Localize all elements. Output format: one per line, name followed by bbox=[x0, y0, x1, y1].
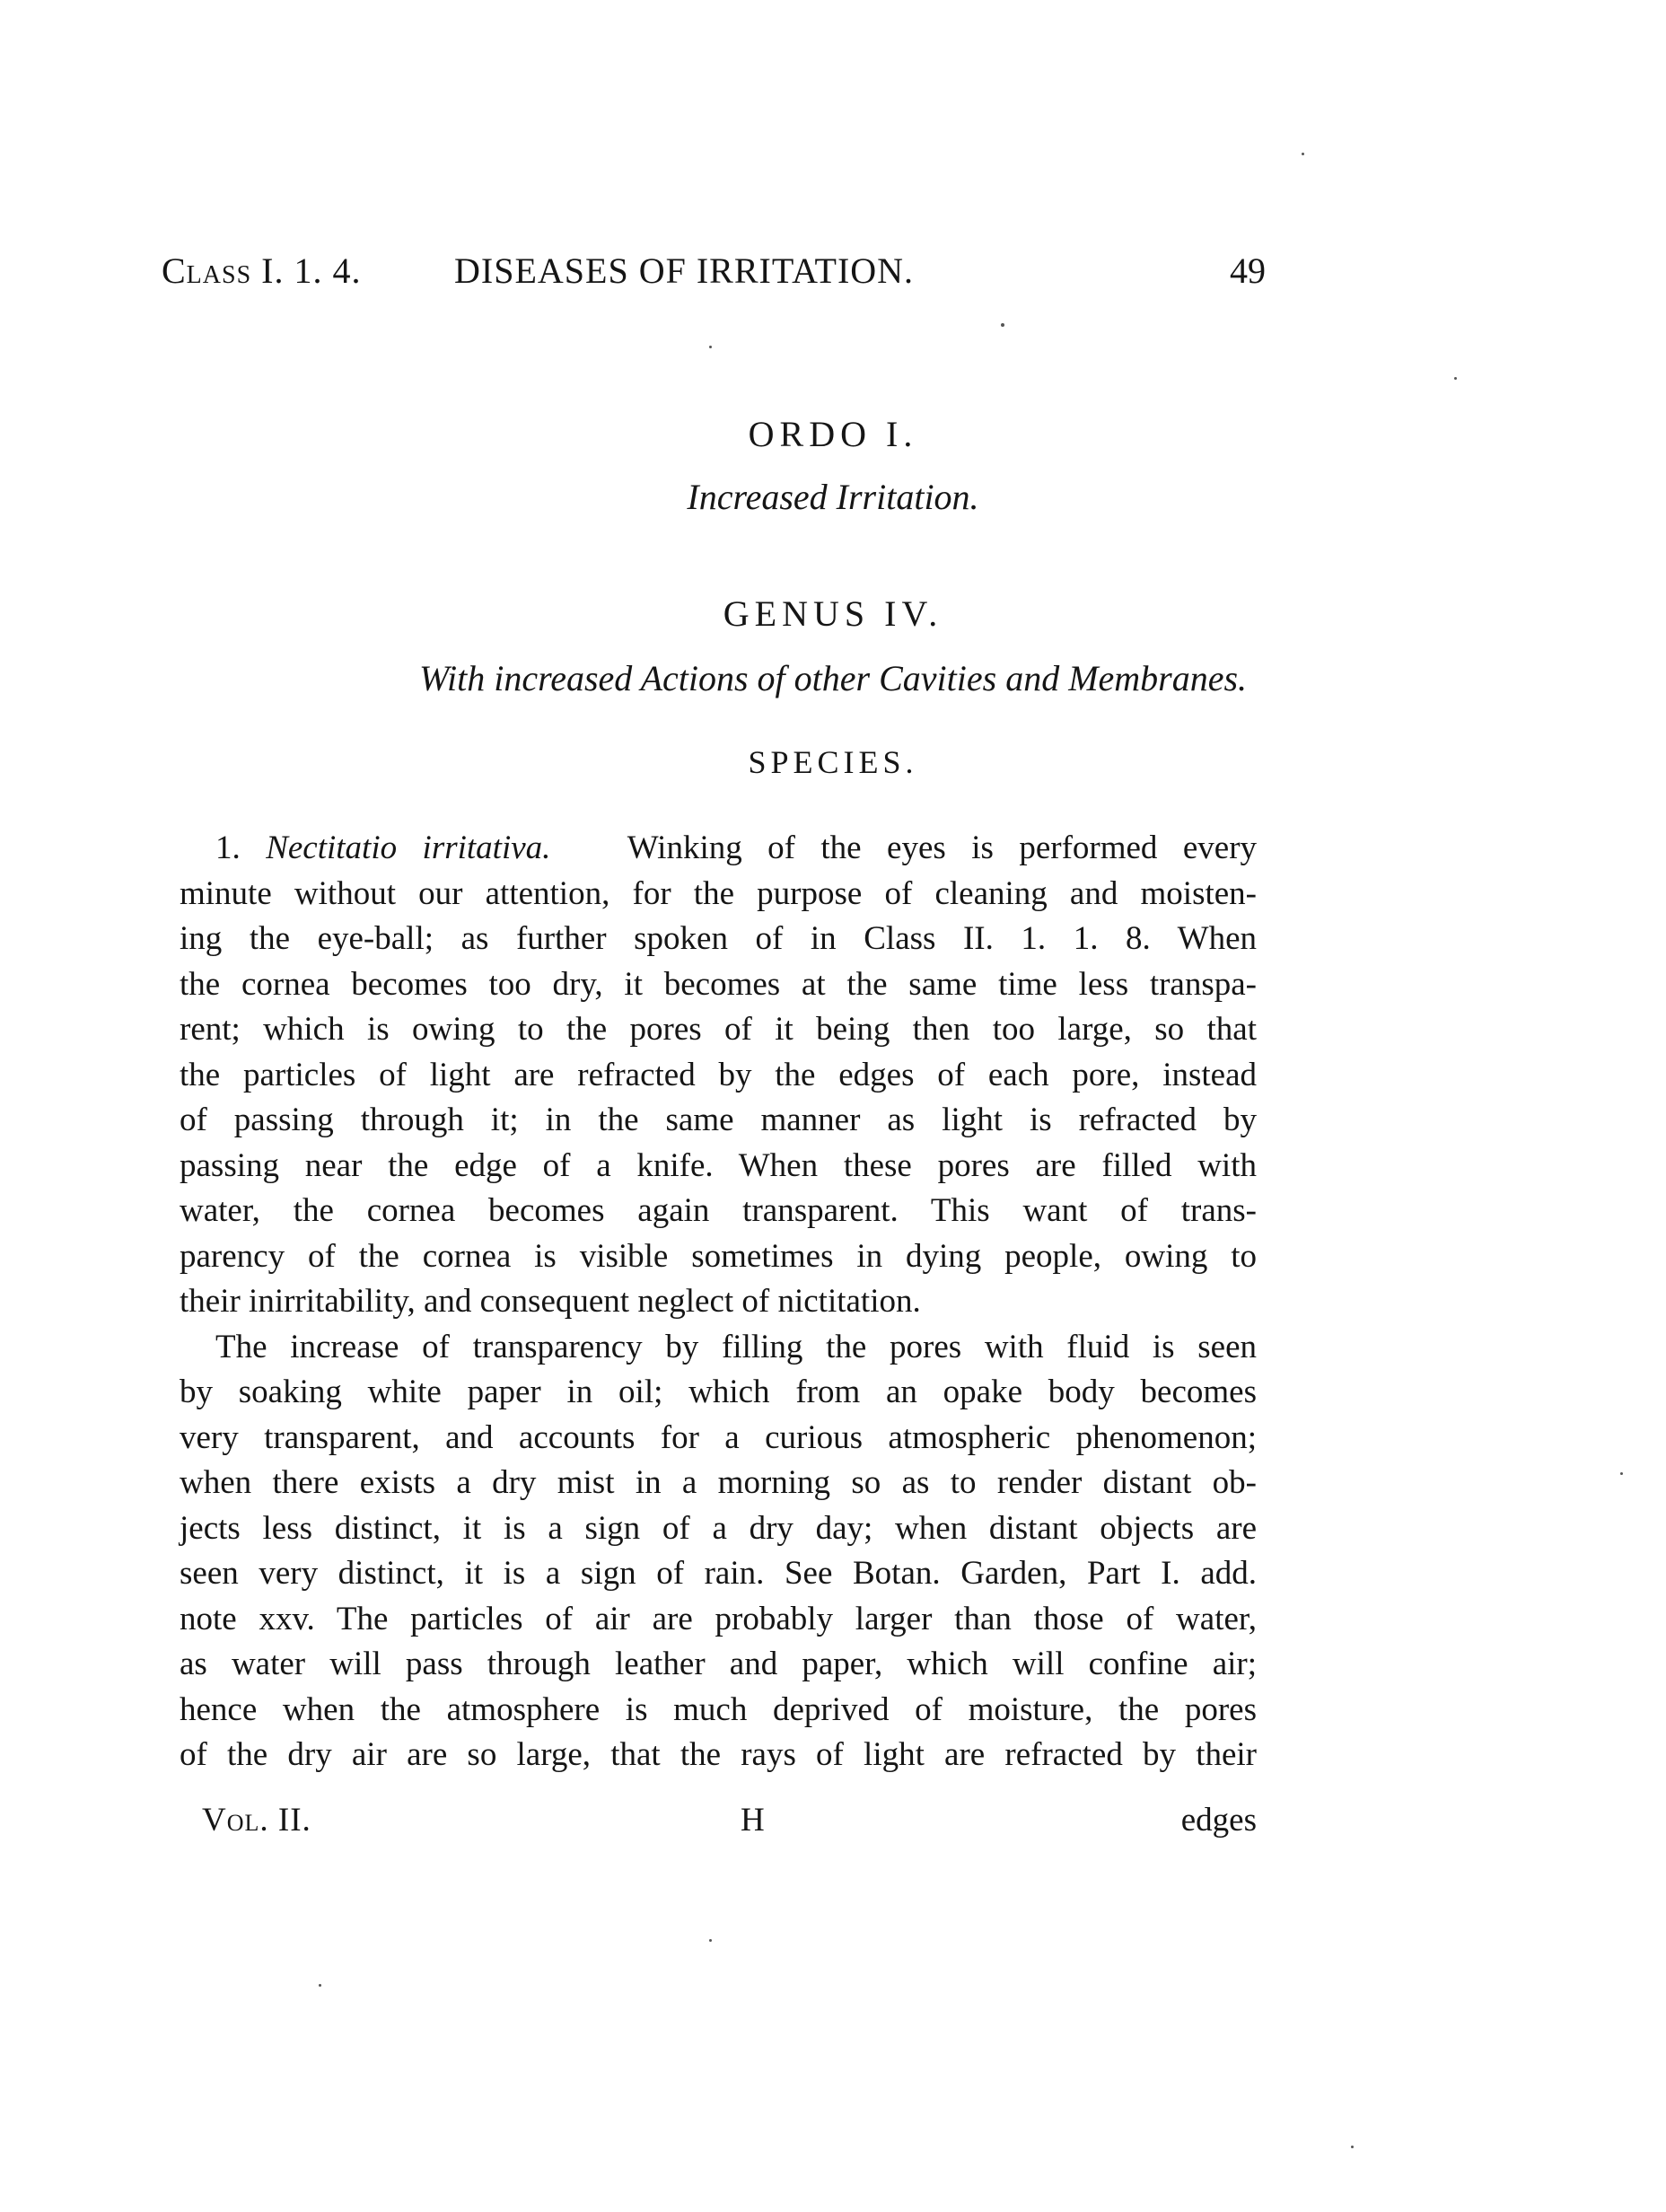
species-number: 1. bbox=[215, 829, 241, 866]
text-line: the cornea becomes too dry, it becomes a… bbox=[180, 962, 1257, 1008]
text-line: water, the cornea becomes again transpar… bbox=[180, 1189, 1257, 1234]
running-head-class-reference: Class I. 1. 4. bbox=[162, 244, 361, 298]
scan-speck bbox=[1454, 377, 1457, 380]
text-line: parency of the cornea is visible sometim… bbox=[180, 1234, 1257, 1280]
scan-speck bbox=[1001, 323, 1004, 327]
text-line: hence when the atmosphere is much depriv… bbox=[180, 1688, 1257, 1734]
paragraph-transparency: The increase of transparency by filling … bbox=[180, 1325, 1257, 1778]
text-line: minute without our attention, for the pu… bbox=[180, 872, 1257, 917]
scan-speck bbox=[709, 346, 712, 348]
genus-subtitle: With increased Actions of other Cavities… bbox=[0, 657, 1666, 699]
text-line: very transparent, and accounts for a cur… bbox=[180, 1416, 1257, 1461]
genus-heading: GENUS IV. bbox=[0, 592, 1666, 635]
text-line: rent; which is owing to the pores of it … bbox=[180, 1007, 1257, 1053]
scan-speck bbox=[1620, 1472, 1623, 1475]
text-line: ing the eye-ball; as further spoken of i… bbox=[180, 917, 1257, 962]
text-line: by soaking white paper in oil; which fro… bbox=[180, 1370, 1257, 1416]
text-line: as water will pass through leather and p… bbox=[180, 1642, 1257, 1688]
scan-speck bbox=[1351, 2146, 1354, 2148]
paragraph-nectitatio: 1. Nectitatio irritativa. Winking of the… bbox=[180, 826, 1257, 1325]
species-name: Nectitatio irritativa. bbox=[266, 829, 550, 866]
scan-speck bbox=[709, 1939, 712, 1942]
page-number: 49 bbox=[1230, 244, 1266, 298]
text-line: of passing through it; in the same manne… bbox=[180, 1098, 1257, 1144]
book-page: Class I. 1. 4. DISEASES OF IRRITATION. 4… bbox=[0, 0, 1666, 2212]
text-line: their inirritability, and consequent neg… bbox=[180, 1279, 1257, 1325]
scan-speck bbox=[319, 1984, 321, 1987]
text-line: passing near the edge of a knife. When t… bbox=[180, 1144, 1257, 1189]
text-line: jects less distinct, it is a sign of a d… bbox=[180, 1506, 1257, 1552]
text-line: The increase of transparency by filling … bbox=[180, 1325, 1257, 1371]
ordo-heading: ORDO I. bbox=[0, 413, 1666, 455]
text-line: the particles of light are refracted by … bbox=[180, 1053, 1257, 1099]
text-line: 1. Nectitatio irritativa. Winking of the… bbox=[180, 826, 1257, 872]
species-heading: SPECIES. bbox=[0, 743, 1666, 781]
text-line: note xxv. The particles of air are proba… bbox=[180, 1597, 1257, 1643]
body-text: 1. Nectitatio irritativa. Winking of the… bbox=[180, 826, 1257, 1778]
text-line: when there exists a dry mist in a mornin… bbox=[180, 1461, 1257, 1506]
catchword: edges bbox=[1181, 1795, 1257, 1846]
running-head-title: DISEASES OF IRRITATION. bbox=[454, 244, 914, 298]
text-line: seen very distinct, it is a sign of rain… bbox=[180, 1551, 1257, 1597]
text-line: of the dry air are so large, that the ra… bbox=[180, 1733, 1257, 1778]
ordo-subtitle: Increased Irritation. bbox=[0, 476, 1666, 518]
scan-speck bbox=[1302, 153, 1304, 155]
running-head: Class I. 1. 4. DISEASES OF IRRITATION. 4… bbox=[162, 244, 1266, 298]
signature-mark: H bbox=[741, 1795, 765, 1846]
volume-label: Vol. II. bbox=[202, 1795, 311, 1846]
page-footer: Vol. II. H edges bbox=[202, 1795, 1257, 1846]
